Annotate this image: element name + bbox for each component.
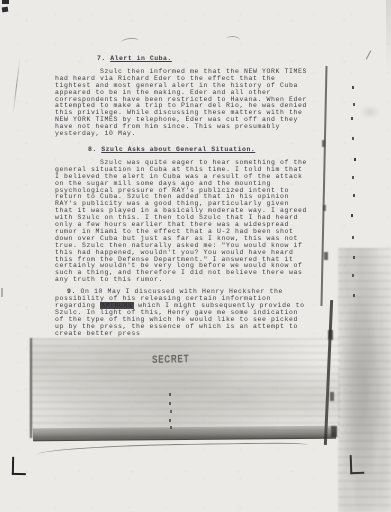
scan-artifact-scratch-line	[12, 57, 20, 115]
scan-artifact-corner-mark	[2, 0, 9, 4]
scan-artifact-left-mark	[1, 288, 3, 297]
crop-mark-left	[12, 457, 26, 475]
section-heading-alert-in-cuba: 7. Alert in Cuba.	[55, 56, 308, 63]
scan-artifact-margin-ticks	[352, 86, 354, 89]
scan-artifact-blob	[323, 205, 326, 211]
scan-artifact-slash-mark	[366, 50, 372, 59]
scan-artifact-fold-line	[324, 300, 333, 445]
scan-artifact-micro-marks	[169, 393, 171, 396]
scan-artifact-edge-strip	[386, 0, 391, 70]
scan-artifact-fold-line	[320, 66, 327, 306]
scan-artifact-blob	[328, 330, 333, 340]
scan-artifact-curve-line	[36, 442, 308, 455]
section-title: Szulc Asks about General Situation.	[101, 146, 255, 153]
scan-artifact-blob	[331, 426, 337, 437]
scan-artifact-right-noise	[338, 248, 391, 512]
scan-artifact-pen-arc	[121, 37, 140, 47]
section-number: 7.	[97, 55, 106, 62]
scan-artifact-blob	[330, 392, 334, 401]
section-number: 8.	[88, 146, 97, 153]
scan-artifact-blob	[322, 140, 325, 147]
crop-mark-right	[350, 455, 365, 474]
paragraph-9: 9. On 10 May I discussed with Henry Heck…	[55, 289, 308, 337]
scan-artifact-corner-mark	[2, 7, 9, 13]
document-text-column: 7. Alert in Cuba. Szulc then informed me…	[55, 56, 308, 338]
secret-classification-stamp: SECRET	[152, 353, 189, 366]
scan-artifact-blob	[324, 252, 328, 260]
scan-artifact-page-bottom-edge	[33, 426, 336, 442]
scan-artifact-pen-arc	[226, 36, 241, 45]
scanned-document-page: 7. Alert in Cuba. Szulc then informed me…	[0, 0, 391, 512]
paragraph-alert-in-cuba: Szulc then informed me that the NEW YORK…	[55, 69, 308, 138]
section-heading-general-situation: 8. Szulc Asks about General Situation.	[55, 147, 308, 154]
scan-artifact-smudge	[360, 105, 380, 119]
paragraph-general-situation: Szulc was quite eager to hear something …	[55, 160, 308, 284]
section-title: Alert in Cuba.	[110, 55, 172, 62]
